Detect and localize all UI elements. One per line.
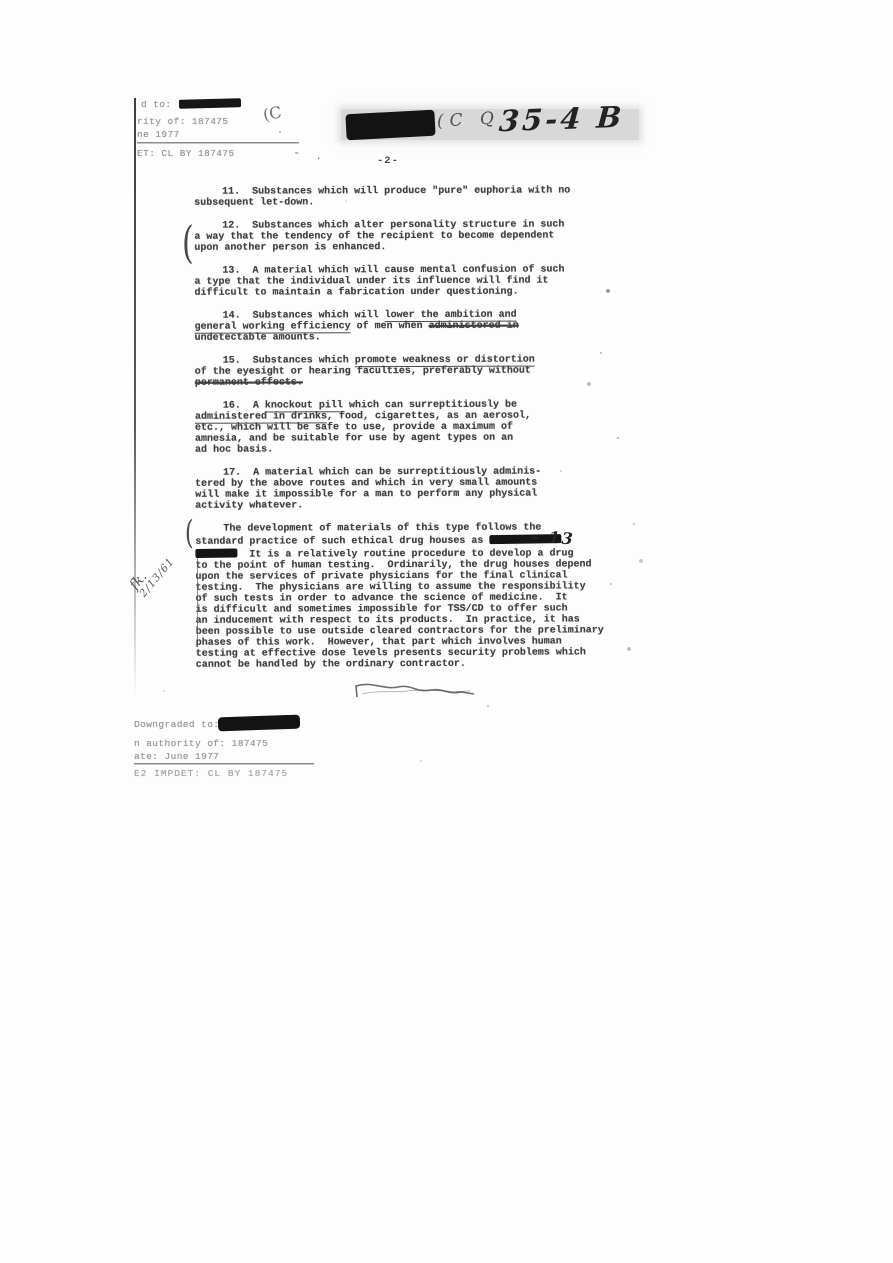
paragraph: 16. A knockout pill which can surreptiti… <box>195 399 641 456</box>
scanned-document-page: d to: rity of: 187475 ne 1977 ET: CL BY … <box>0 0 893 1263</box>
handwritten-item-reference: – 13 <box>530 526 575 548</box>
text-line: activity whatever. <box>195 499 641 512</box>
text-segment: difficult to maintain a fabrication unde… <box>194 287 518 299</box>
stamp-divider <box>137 142 299 144</box>
margin-parenthesis-mark: ( <box>182 218 194 269</box>
declassification-stamp-bottom: Downgraded to: n authority of: 187475 at… <box>134 714 364 778</box>
text-line: testing. The physicians are willing to a… <box>196 581 642 594</box>
margin-parenthesis-mark: ( <box>185 515 194 553</box>
c-classification-marks: (C Q <box>437 108 501 131</box>
stamp-line: ate: June 1977 <box>134 751 219 762</box>
text-segment: will make it impossible for a man to per… <box>195 489 537 501</box>
page-number: -2- <box>377 155 399 167</box>
text-segment: undetectable amounts. <box>195 332 321 343</box>
c-classification-mark: (C <box>261 103 283 125</box>
text-line: testing at effective dose levels present… <box>196 647 642 660</box>
redaction-bar <box>179 98 241 109</box>
text-segment: activity whatever. <box>195 500 303 511</box>
text-line: to the point of human testing. Ordinaril… <box>195 559 641 572</box>
struck-text: administered in <box>429 321 519 332</box>
text-segment: 16. A <box>223 401 265 412</box>
text-segment: 15. Substances which <box>223 355 355 366</box>
text-line: difficult to maintain a fabrication unde… <box>194 286 640 299</box>
paragraph: 15. Substances which promote weakness or… <box>195 354 641 389</box>
paragraph: 14. Substances which will lower the ambi… <box>195 309 641 344</box>
stamp-line: n authority of: 187475 <box>134 738 268 749</box>
handwritten-scribble <box>352 680 480 702</box>
text-line: cannot be handled by the ordinary contra… <box>196 658 642 671</box>
stamp-line: ne 1977 <box>137 129 180 140</box>
stamp-line: d to: <box>141 99 178 110</box>
paragraph: 13. A material which will cause mental c… <box>194 264 640 299</box>
stamp-line: rity of: 187475 <box>137 116 229 127</box>
text-segment: subsequent let-down. <box>194 197 314 208</box>
text-line: been possible to use outside cleared con… <box>196 625 642 638</box>
text-segment: ad hoc basis. <box>195 445 273 456</box>
text-segment: upon another person is enhanced. <box>194 242 386 254</box>
stamp-line: Downgraded to: <box>134 719 226 730</box>
margin-vertical-line <box>197 558 198 640</box>
redaction-blob <box>218 715 300 732</box>
paragraph: The development of materials of this typ… <box>195 522 642 671</box>
document-body: 11. Substances which will produce "pure"… <box>194 185 642 683</box>
stamp-divider <box>134 763 314 765</box>
page-edge-shadow <box>134 98 136 698</box>
text-line: permanent effects. <box>195 376 641 389</box>
stamp-line: E2 IMPDET: CL BY 187475 <box>134 768 288 779</box>
text-segment: amnesia, and be suitable for use by agen… <box>195 433 513 445</box>
text-segment: , food, cigarettes, as an aerosol, <box>327 411 531 423</box>
text-segment: 14. Substances which will <box>223 310 385 322</box>
text-line: upon another person is enhanced. <box>194 241 640 254</box>
text-segment: cannot be handled by the ordinary contra… <box>196 659 466 671</box>
text-segment: of men when <box>351 321 429 332</box>
stamp-line: ET: CL BY 187475 <box>137 148 235 159</box>
text-segment: 11. Substances which will produce "pure"… <box>222 185 570 197</box>
scan-noise <box>0 0 2 2</box>
text-line: subsequent let-down. <box>194 196 640 209</box>
text-line: ad hoc basis. <box>195 443 641 456</box>
text-segment: which can surreptitiously be <box>343 400 517 412</box>
redaction-bar <box>195 548 237 558</box>
paragraph: 11. Substances which will produce "pure"… <box>194 185 640 209</box>
paragraph: 17. A material which can be surreptitiou… <box>195 466 641 512</box>
text-segment: a way that the tendency of the recipient… <box>194 231 554 243</box>
paragraph: 12. Substances which alter personality s… <box>194 219 640 254</box>
text-segment: of the eyesight or hearing faculties, pr… <box>195 366 531 378</box>
text-segment: testing at effective dose levels present… <box>196 647 586 659</box>
handwritten-serial-number: 35-4 B <box>498 100 625 138</box>
redaction-blob <box>345 110 435 141</box>
text-line: undetectable amounts. <box>195 331 641 344</box>
struck-text: permanent effects. <box>195 377 303 388</box>
header-classification-band: (C Q 35-4 B <box>341 109 639 140</box>
